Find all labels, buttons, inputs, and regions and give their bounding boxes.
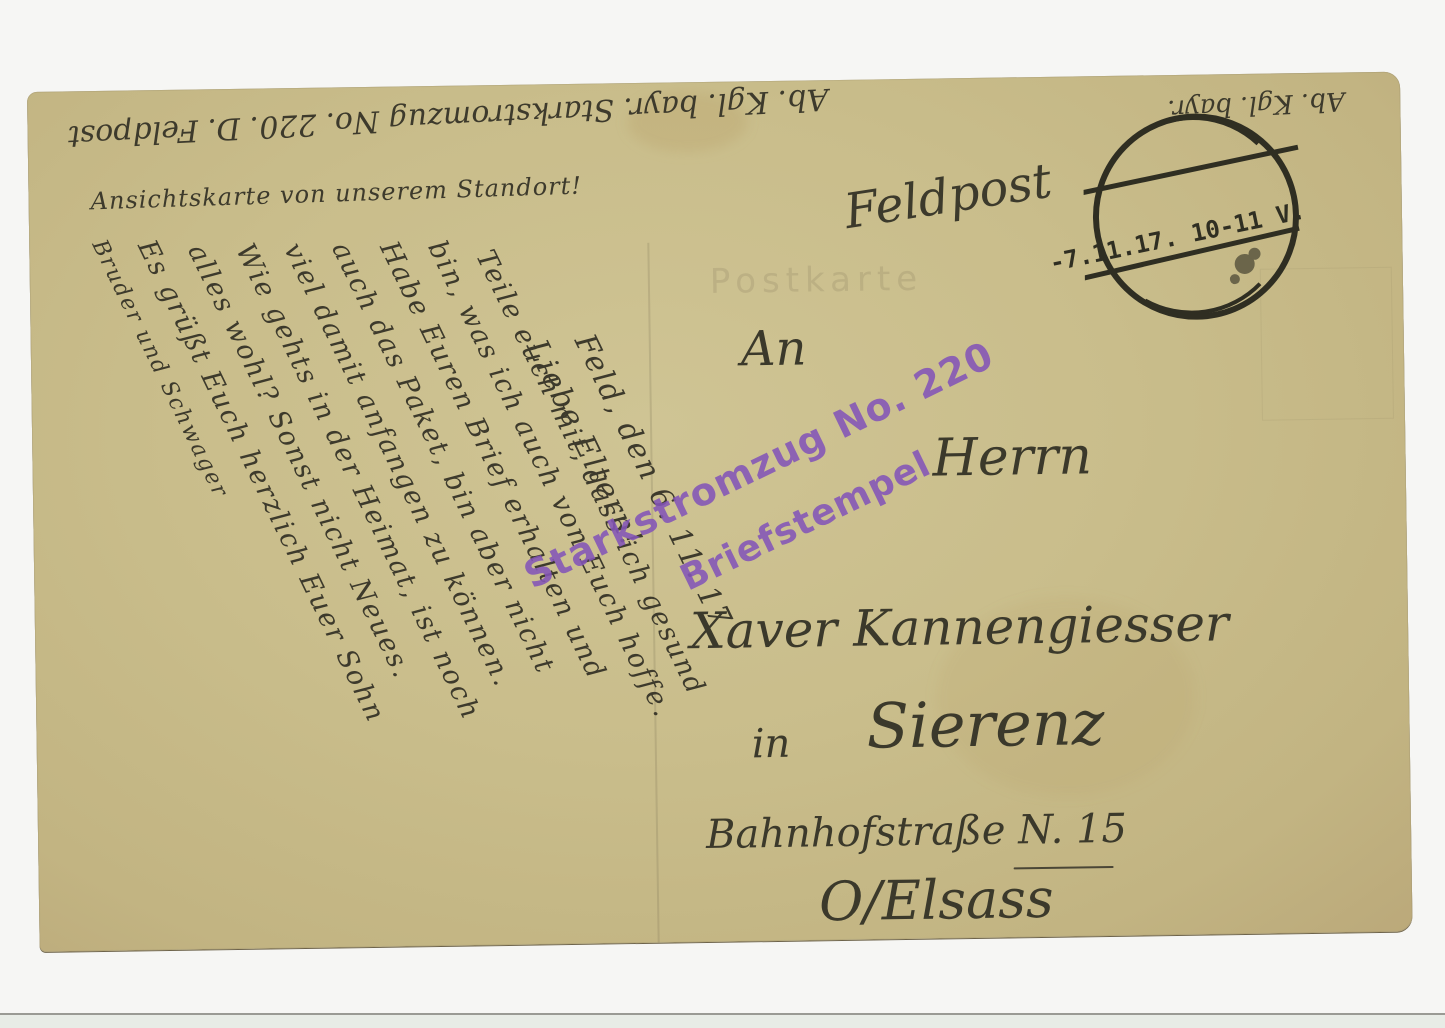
scanner-bed	[0, 1015, 1445, 1028]
address-prefix: An	[740, 320, 806, 377]
region-underline	[820, 937, 1060, 943]
handwritten-message: Bruder und Schwager Es grüßt Euch herzli…	[27, 83, 660, 952]
address-street: Bahnhofstraße N. 15	[706, 806, 1127, 858]
printed-postkarte-header: Postkarte	[710, 259, 924, 302]
address-name: Xaver Kannengiesser	[690, 594, 1230, 660]
address-region: O/Elsass	[819, 867, 1054, 933]
feldpost-handwritten: Feldpost	[841, 153, 1056, 240]
postcard: Postkarte Ab. Kgl. bayr. Starkstromzug N…	[27, 72, 1413, 952]
address-place-prefix: in	[751, 721, 790, 768]
address-place: Sierenz	[866, 686, 1105, 763]
address-title: Herrn	[932, 426, 1092, 488]
